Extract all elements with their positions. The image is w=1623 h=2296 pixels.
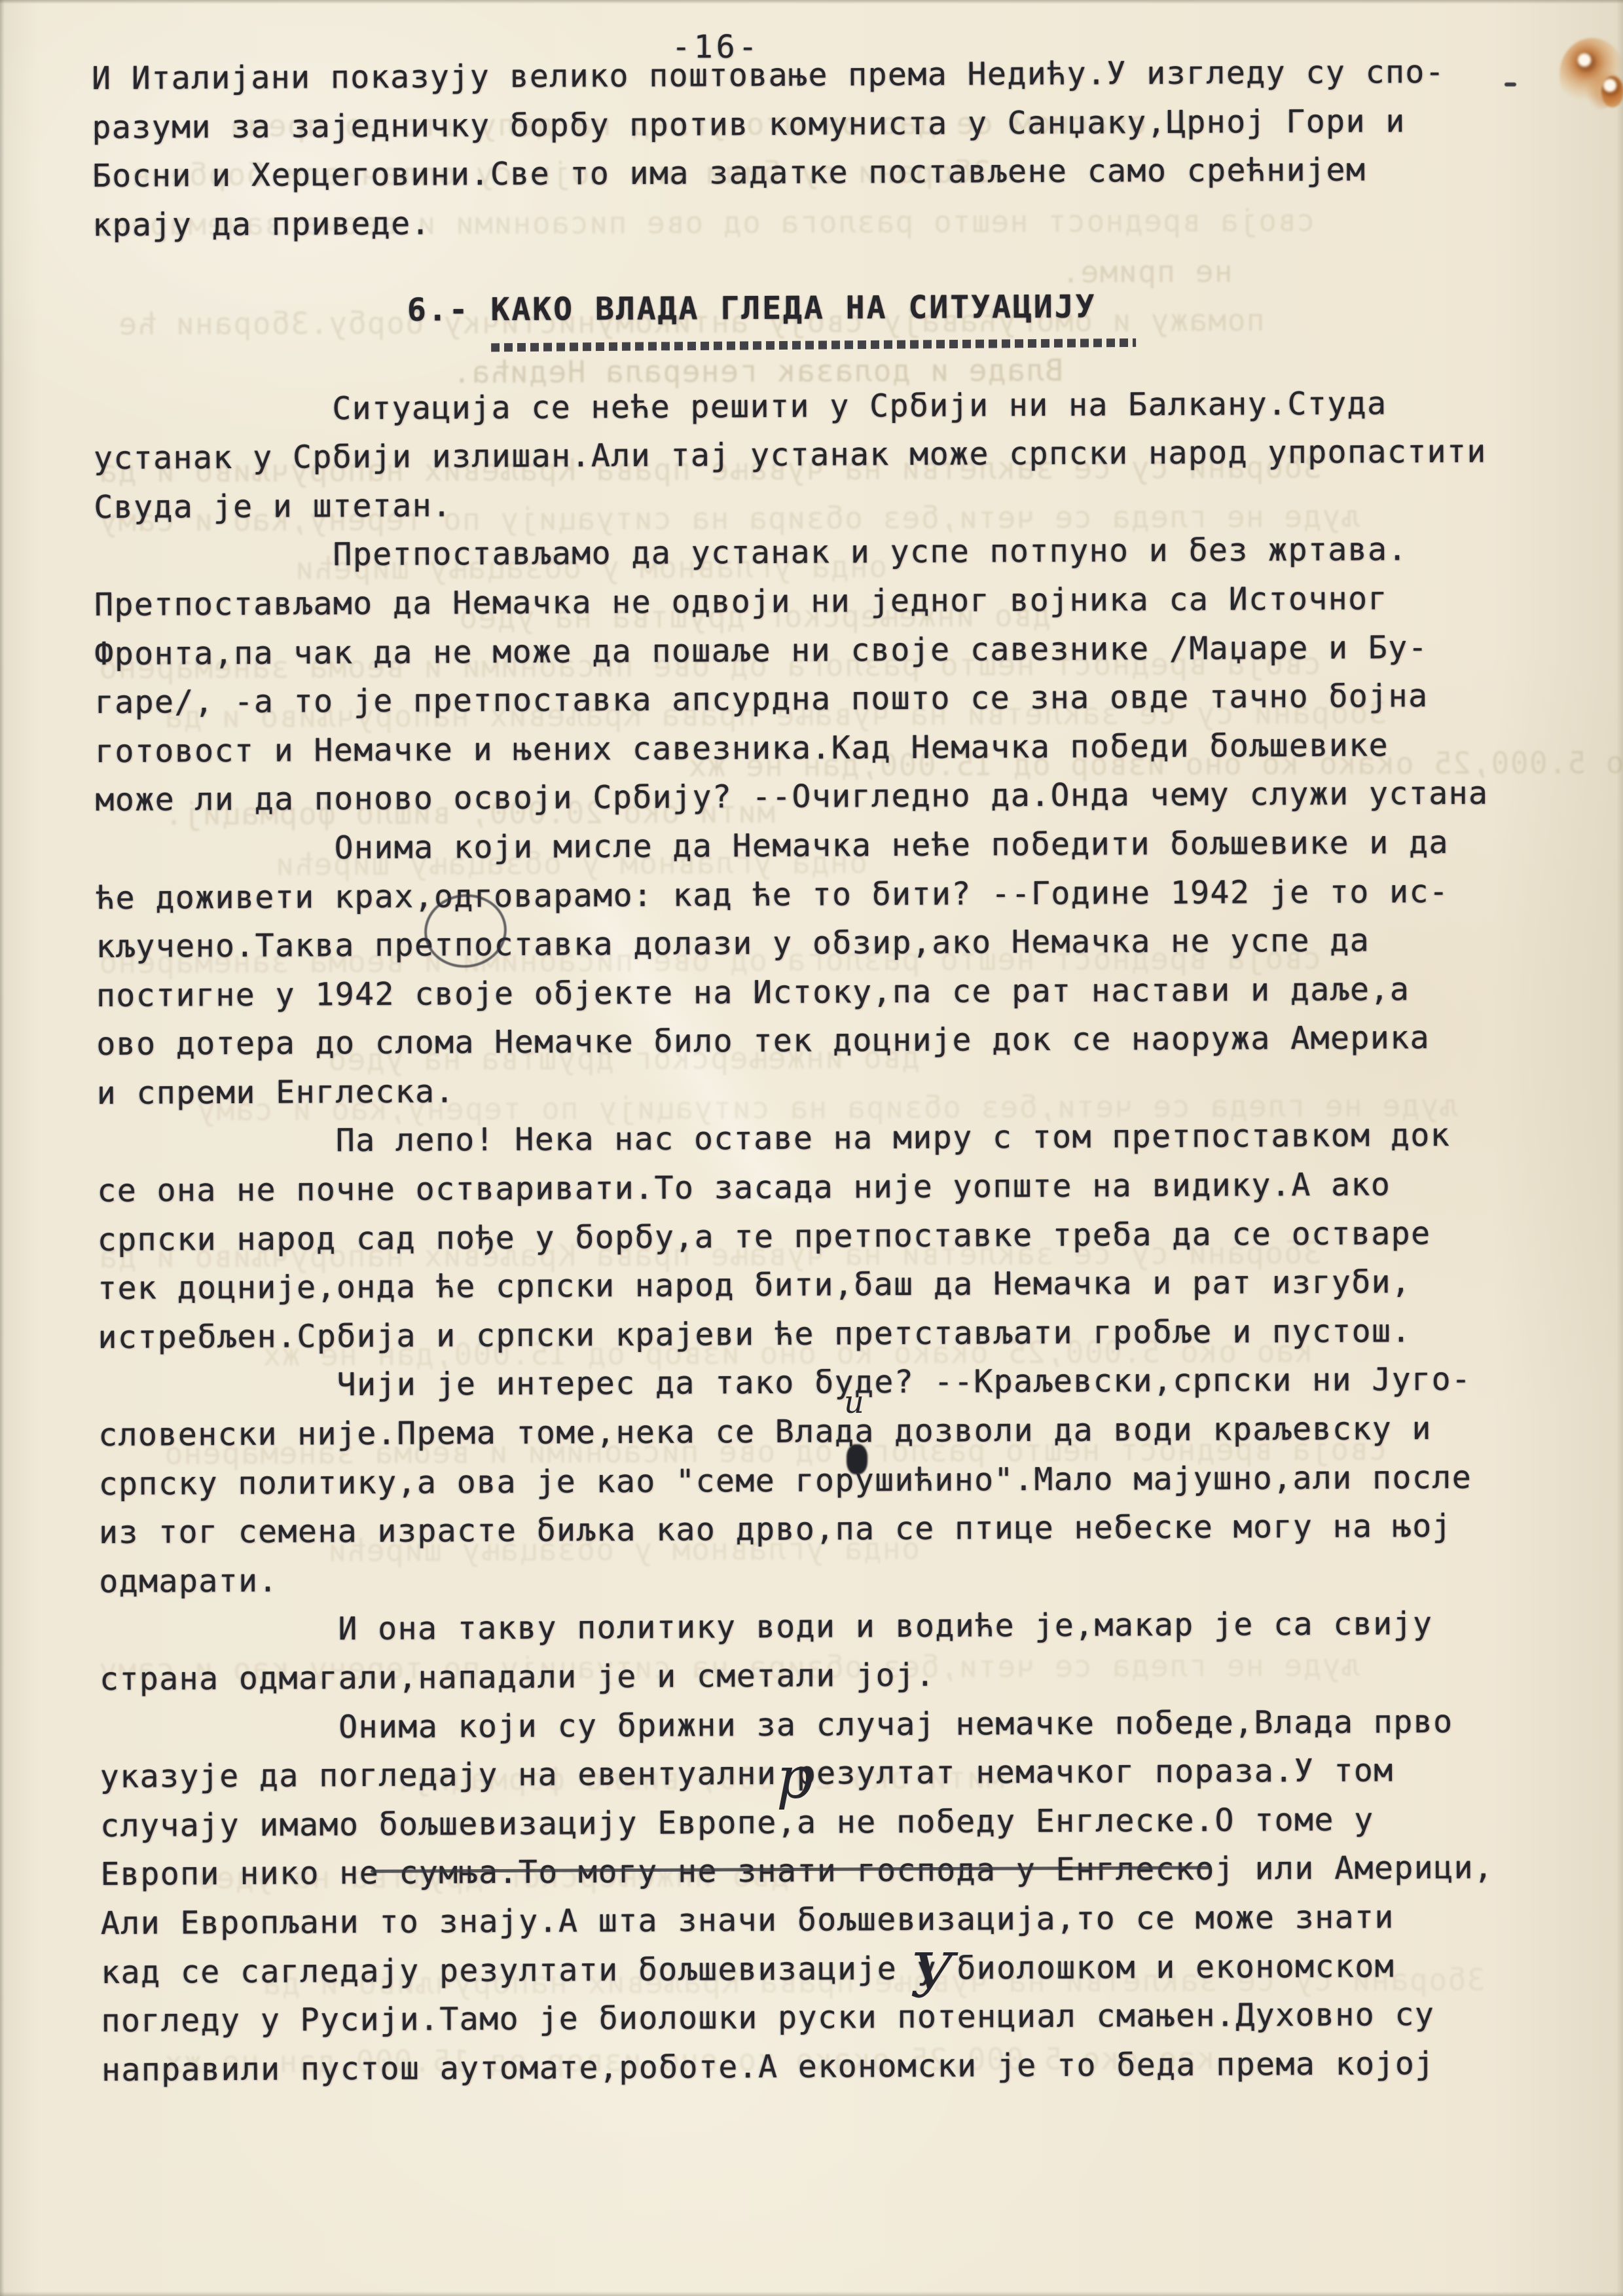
typed-line: указује да погледају на евентуални резул… [100,1745,1580,1802]
typewritten-text-block: И Италијани показују велико поштовање пр… [92,47,1581,2094]
typed-line: Али Европљани то знају.А шта значи бољше… [101,1892,1580,1948]
typed-line: може ли да поново освоји Србију? --Очигл… [95,769,1575,825]
typed-line: се она не почне остваривати.То засада ни… [97,1159,1577,1216]
typed-line: истребљен.Србија и српски крајеви ће пре… [98,1306,1577,1362]
hand-letter-r: р [776,1749,813,1807]
typed-line: из тог семена израсте биљка као дрво,па … [99,1501,1578,1558]
typed-line: крају да приведе. [92,194,1572,250]
typed-line: кључено.Таква претпоставка долази у обзи… [96,915,1575,972]
typed-line: И она такву политику води и водиће је,ма… [100,1599,1579,1655]
typed-line: погледу у Русији.Тамо је биолошки руски … [101,1990,1581,2046]
typed-line: ће доживети крах,одговарамо: кад ће то б… [96,866,1575,922]
typed-line: случају имамо бољшевизацију Европе,а не … [100,1795,1580,1851]
typed-line: словенски није.Према томе,нека се Влада … [98,1404,1578,1460]
dark-speck [1504,82,1516,86]
typed-line: устанак у Србији излишан.Али тај устанак… [94,427,1573,483]
typed-line: страна одмагали,нападали је и сметали јо… [100,1648,1579,1704]
typed-line: И Италијани показују велико поштовање пр… [92,47,1571,103]
typed-line: кад се сагледају резултати бољшевизације… [101,1941,1580,1997]
typed-line: српску политику,а ова је као "семе горуш… [98,1453,1578,1509]
section-heading: 6.- КАКО ВЛАДА ГЛЕДА НА СИТУАЦИЈУ [407,280,1573,335]
typed-line: разуми за заједничку борбу против комуни… [92,96,1571,153]
typed-line: тек доцније,онда ће српски народ бити,ба… [98,1257,1577,1313]
typed-line: Европи нико не сумња.То могу не знати го… [100,1843,1580,1899]
hand-letter-u: У [910,1946,955,2007]
typed-line: Па лепо! Нека нас оставе на миру с том п… [97,1110,1577,1167]
typed-line: ово дотера до слома Немачке било тек доц… [96,1013,1576,1069]
typed-line: постигне у 1942 своје објекте на Истоку,… [96,964,1576,1021]
typed-line: Свуда је и штетан. [94,476,1573,532]
typed-line: направили пустош аутомате,роботе.А еконо… [101,2039,1581,2095]
typed-line: гаре/, -а то је претпоставка апсурдна по… [95,671,1575,727]
scanned-document-page: опасном се дао он што углед на делу што … [0,0,1623,2296]
hand-letter-i: и [844,1387,864,1418]
typed-line: и спреми Енглеска. [97,1062,1577,1118]
heading-underline [491,331,1137,384]
typed-line: Претпостављамо да Немачка не одвоји ни ј… [94,574,1574,630]
typed-line: Чији је интерес да тако буде? --Краљевск… [98,1355,1578,1411]
typed-line: готовост и Немачке и њених савезника.Кад… [95,720,1575,776]
typed-line: одмарати. [99,1550,1578,1607]
ink-blot-over-letter [847,1444,867,1474]
typed-line: Фронта,па чак да не може да пошаље ни св… [94,622,1574,678]
typed-line: Онима који су брижни за случај немачке п… [100,1697,1579,1753]
typed-line: српски народ сад пође у борбу,а те претп… [98,1209,1577,1265]
typed-line: Онима који мисле да Немачка неће победит… [96,818,1575,874]
typed-line: Босни и Херцеговини.Све то има задатке п… [92,145,1572,201]
typed-line: Ситуација се неће решити у Србији ни на … [93,378,1573,435]
typed-line: Претпостављамо да устанак и успе потпуно… [94,524,1574,581]
rust-stain-small [1601,76,1623,107]
